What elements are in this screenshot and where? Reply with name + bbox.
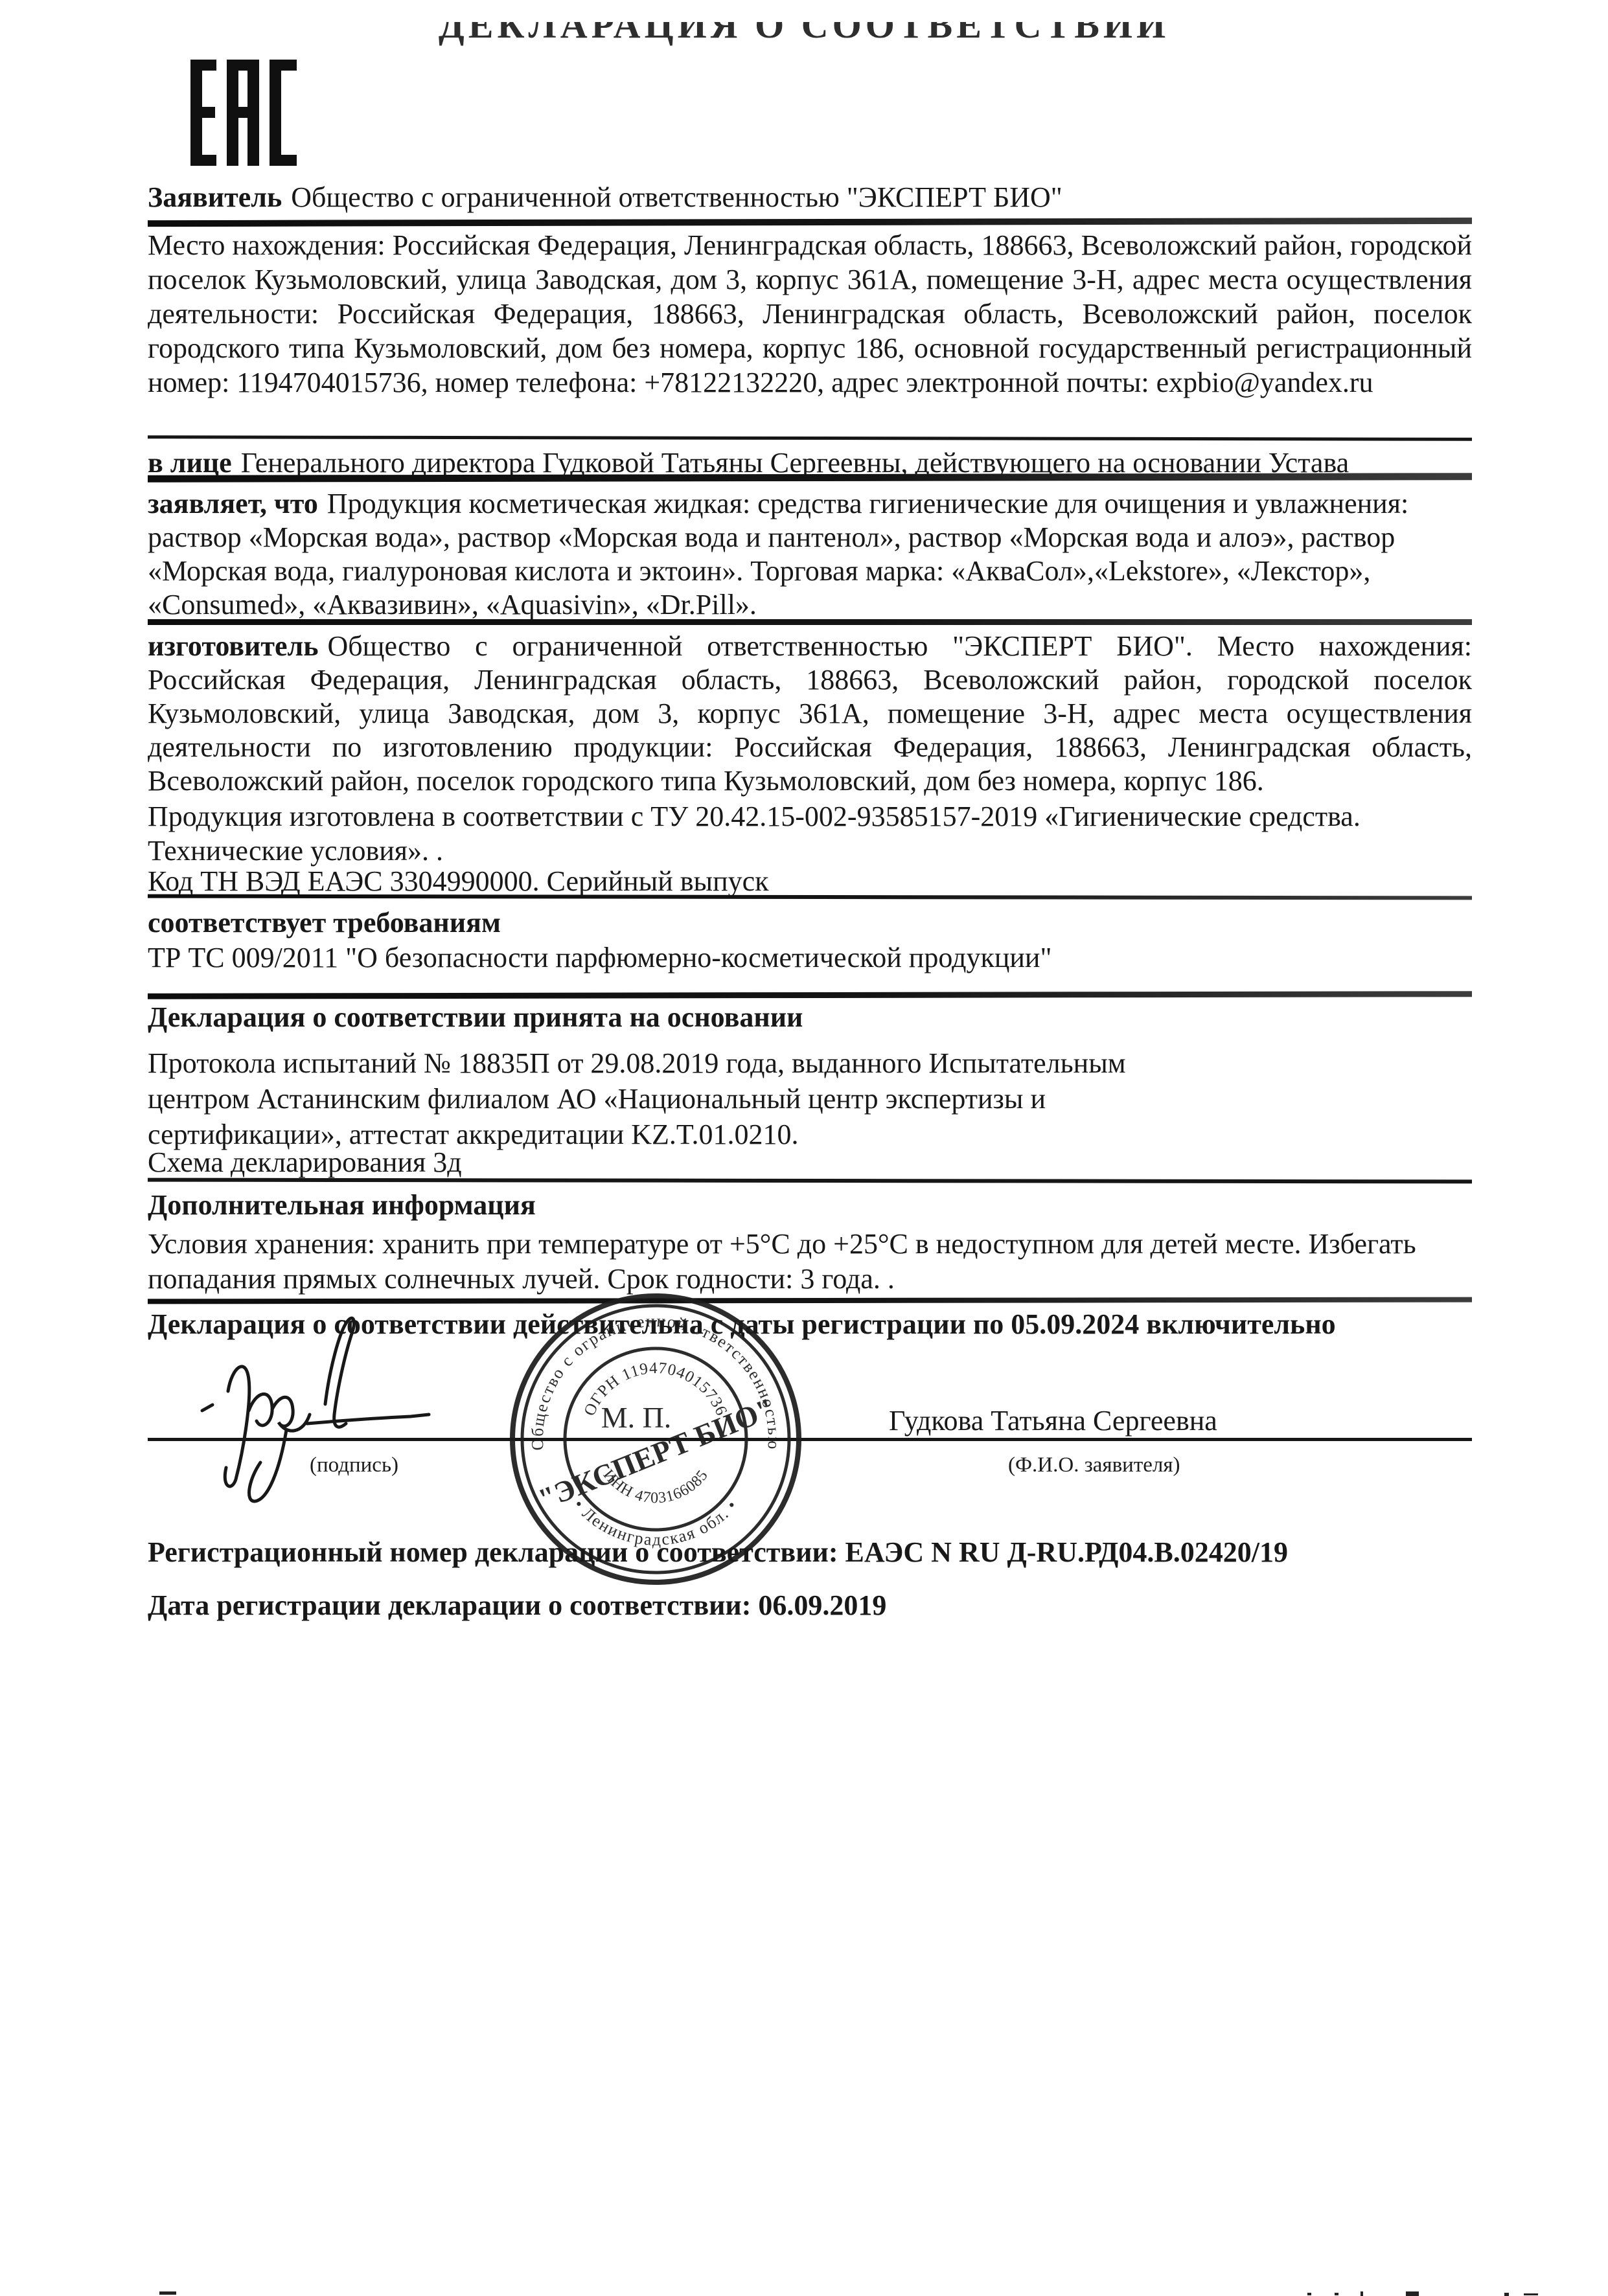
name-label: (Ф.И.О. заявителя) bbox=[1008, 1453, 1180, 1477]
applicant-label: Заявитель bbox=[148, 181, 291, 213]
scan-speck bbox=[1307, 2293, 1311, 2295]
scheme-line: Схема декларирования 3д bbox=[148, 1145, 1472, 1179]
declares-value: Продукция косметическая жидкая: средства… bbox=[148, 488, 1408, 620]
divider-line bbox=[148, 619, 1472, 625]
compliance-heading: соответствует требованиям bbox=[148, 905, 1472, 940]
divider-line bbox=[148, 1297, 1472, 1304]
registration-date-line: Дата регистрации декларации о соответств… bbox=[148, 1588, 1472, 1622]
document-title: ДЕКЛАРАЦИЯ О СООТВЕТСТВИИ bbox=[383, 22, 1225, 44]
scan-speck bbox=[1361, 2291, 1363, 2296]
registration-number-line: Регистрационный номер декларации о соотв… bbox=[148, 1535, 1472, 1569]
divider-line bbox=[148, 991, 1472, 999]
stamp-place-mark: М. П. bbox=[601, 1401, 672, 1434]
basis-heading: Декларация о соответствии принята на осн… bbox=[148, 1000, 1472, 1034]
requirement-line: ТР ТС 009/2011 "О безопасности парфюмерн… bbox=[148, 940, 1472, 975]
signature-label: (подпись) bbox=[310, 1453, 398, 1477]
declaration-paragraph: заявляет, чтоПродукция косметическая жид… bbox=[148, 487, 1472, 622]
signature-handwriting bbox=[189, 1312, 448, 1506]
scan-speck bbox=[1406, 2291, 1419, 2296]
scan-speck bbox=[1504, 2293, 1509, 2296]
in-person-label: в лице bbox=[148, 447, 241, 479]
divider-line bbox=[148, 435, 1472, 441]
applicant-line: ЗаявительОбщество с ограниченной ответст… bbox=[148, 180, 1472, 214]
scan-speck bbox=[1524, 2293, 1538, 2295]
declares-label: заявляет, что bbox=[148, 488, 327, 519]
production-accordance-paragraph: Продукция изготовлена в соответствии с Т… bbox=[148, 799, 1472, 868]
applicant-details-paragraph: Место нахождения: Российская Федерация, … bbox=[148, 228, 1472, 400]
applicant-name: Гудкова Татьяна Сергеевна bbox=[889, 1404, 1217, 1437]
document-title-clip: ДЕКЛАРАЦИЯ О СООТВЕТСТВИИ bbox=[383, 22, 1225, 52]
additional-info-heading: Дополнительная информация bbox=[148, 1188, 1472, 1222]
applicant-value: Общество с ограниченной ответственностью… bbox=[291, 181, 1062, 213]
eac-logo-icon bbox=[185, 60, 302, 166]
scan-speck bbox=[1335, 2293, 1338, 2295]
basis-paragraph: Протокола испытаний № 18835П от 29.08.20… bbox=[148, 1045, 1158, 1152]
declaration-document: ДЕКЛАРАЦИЯ О СООТВЕТСТВИИ ЗаявительОбщес… bbox=[0, 0, 1608, 2296]
tnved-line: Код ТН ВЭД ЕАЭС 3304990000. Серийный вып… bbox=[148, 864, 1472, 898]
manufacturer-paragraph: изготовительОбщество с ограниченной отве… bbox=[148, 630, 1472, 798]
divider-line bbox=[148, 218, 1472, 227]
manufacturer-value: Общество с ограниченной ответственностью… bbox=[148, 630, 1472, 797]
scan-speck bbox=[159, 2291, 176, 2295]
manufacturer-label: изготовитель bbox=[148, 630, 327, 662]
storage-paragraph: Условия хранения: хранить при температур… bbox=[148, 1227, 1472, 1297]
divider-line bbox=[148, 473, 1472, 483]
